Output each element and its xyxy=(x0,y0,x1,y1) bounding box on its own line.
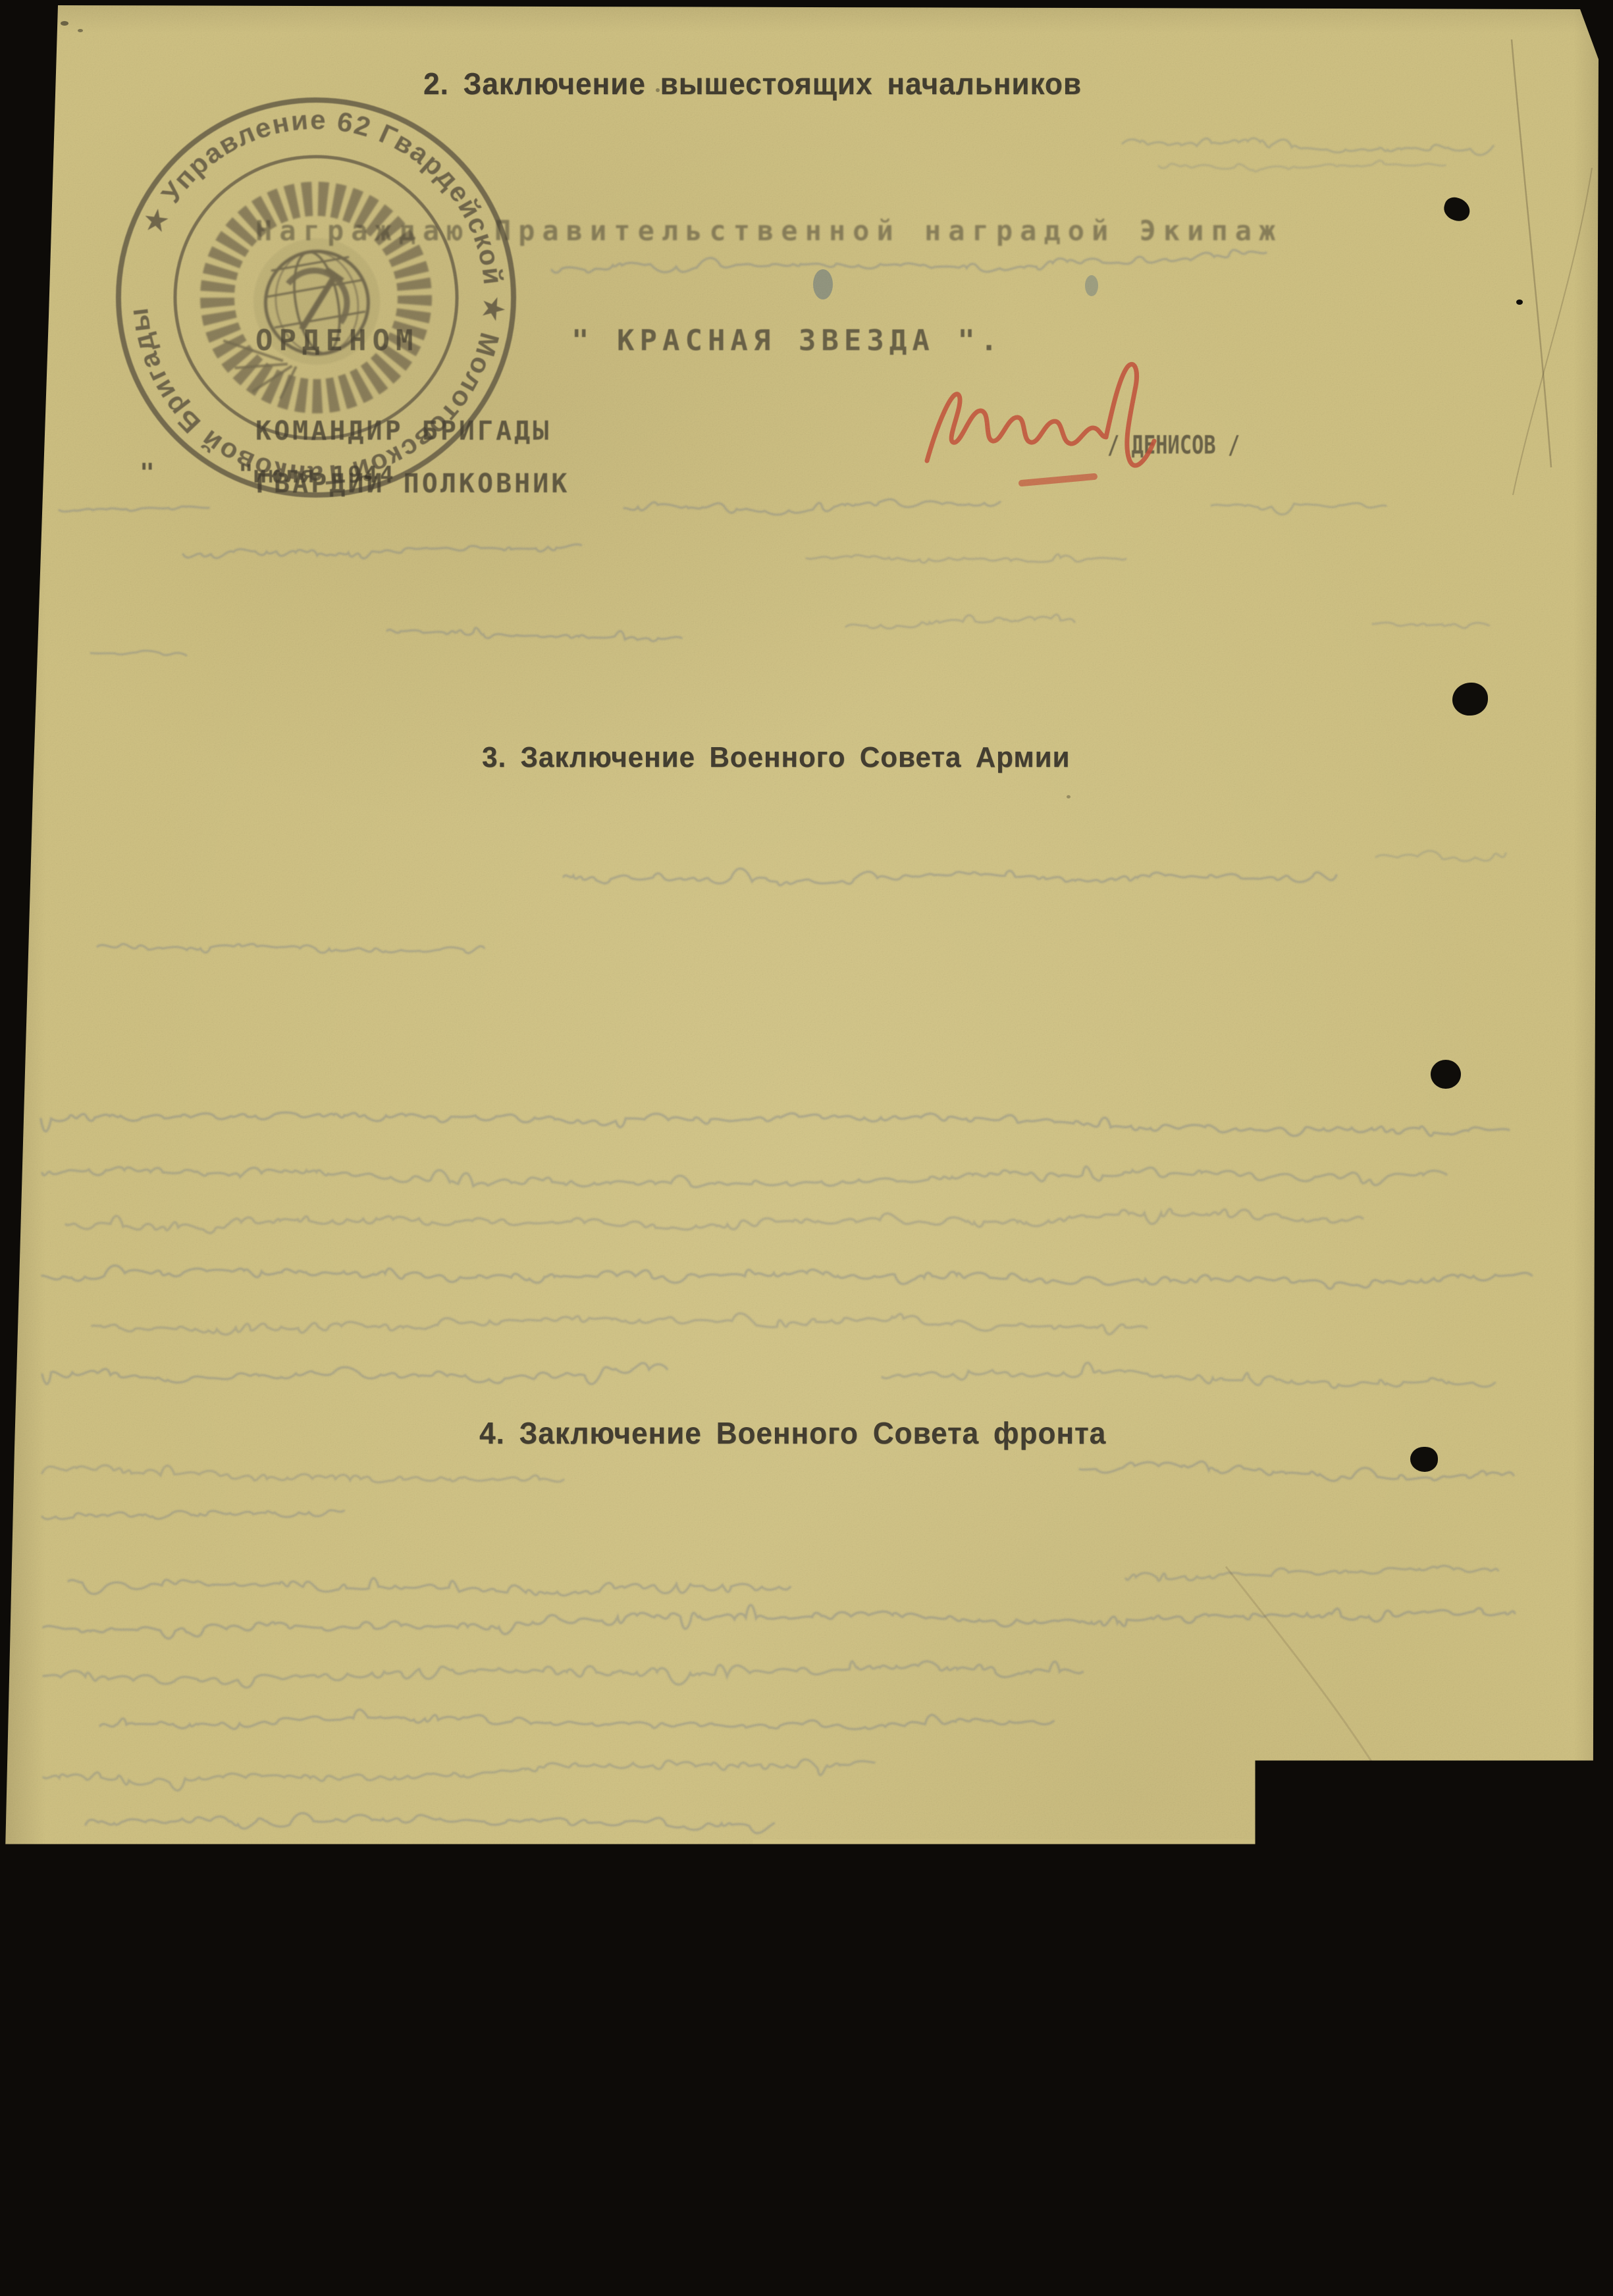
handwriting-line xyxy=(29,1868,908,1883)
handwriting-line xyxy=(1376,851,1506,862)
commander-name: / ДЕНИСОВ / xyxy=(1107,430,1240,459)
handwriting-line xyxy=(1126,1566,1498,1581)
handwriting-line xyxy=(113,1923,939,1952)
section-3-heading: 3. Заключение Военного Совета Армии xyxy=(482,741,1070,774)
handwriting-line xyxy=(30,2171,249,2183)
handwriting-line xyxy=(43,2219,229,2240)
paper-hole xyxy=(1431,1060,1461,1089)
handwriting-line xyxy=(1373,623,1489,628)
handwriting-line xyxy=(41,1112,1509,1136)
commander-signature-red-pencil xyxy=(927,364,1154,483)
section-4-heading: 4. Заключение Военного Совета фронта xyxy=(479,1415,1106,1451)
handwriting-line xyxy=(43,1661,1082,1688)
handwriting-line xyxy=(846,615,1074,629)
handwriting-line xyxy=(624,500,1000,515)
ink-speck xyxy=(363,475,371,481)
document-page: ★ Управление 62 Гвардейской ★ Молотовско… xyxy=(0,0,1613,2296)
ink-speck xyxy=(656,88,660,92)
ink-speck xyxy=(1067,795,1071,798)
ink-speck xyxy=(61,21,68,26)
handwriting-line xyxy=(1211,503,1386,514)
paper-hole xyxy=(1452,683,1488,716)
handwriting-line xyxy=(1159,161,1445,172)
handwriting-line xyxy=(97,944,484,953)
handwriting-line xyxy=(43,1760,874,1790)
handwriting-line xyxy=(68,1578,790,1596)
handwriting-line xyxy=(92,1313,1147,1334)
handwriting-line xyxy=(552,250,1266,273)
handwriting-line xyxy=(91,651,186,656)
date-text: июля 1944 xyxy=(253,462,396,488)
handwriting-line xyxy=(42,1465,564,1482)
handwriting-line xyxy=(43,1605,1515,1638)
award-resolution-line: Награждаю Правительственной наградой Эки… xyxy=(255,215,1282,247)
handwriting-line xyxy=(550,2214,781,2231)
handwriting-line xyxy=(387,628,681,641)
order-name: " КРАСНАЯ ЗВЕЗДА ". xyxy=(571,324,1003,357)
handwriting-line xyxy=(66,1209,1363,1234)
handwriting-line xyxy=(86,1813,774,1833)
date-close-quote: " xyxy=(238,459,253,488)
order-word: ОРДЕНОМ xyxy=(255,324,419,357)
scanned-document: ★ Управление 62 Гвардейской ★ Молотовско… xyxy=(0,0,1613,2296)
handwriting-line xyxy=(219,1967,889,1997)
commander-title: КОМАНДИР БРИГАДЫ xyxy=(255,416,551,446)
handwriting-line xyxy=(806,554,1126,563)
handwriting-line xyxy=(882,1363,1495,1388)
handwriting-line xyxy=(1123,138,1493,155)
date-open-quote: " xyxy=(140,458,155,487)
handwriting-line xyxy=(100,1709,1053,1729)
section-2-heading: 2. Заключение вышестоящих начальников xyxy=(423,66,1082,101)
handwriting-line xyxy=(183,544,581,558)
handwriting-line xyxy=(42,1363,667,1384)
handwriting-line xyxy=(42,1510,344,1519)
paper-hole xyxy=(1441,195,1473,224)
handwriting-line xyxy=(42,1266,1531,1289)
handwriting-line xyxy=(42,1166,1446,1187)
paper-hole xyxy=(1410,1447,1438,1472)
ink-speck xyxy=(78,29,83,32)
handwriting-line xyxy=(1080,1461,1514,1481)
handwriting-line xyxy=(423,2137,746,2149)
handwriting-line xyxy=(1413,2251,1508,2257)
paper-hole xyxy=(1516,300,1523,305)
handwriting-line xyxy=(564,868,1336,885)
